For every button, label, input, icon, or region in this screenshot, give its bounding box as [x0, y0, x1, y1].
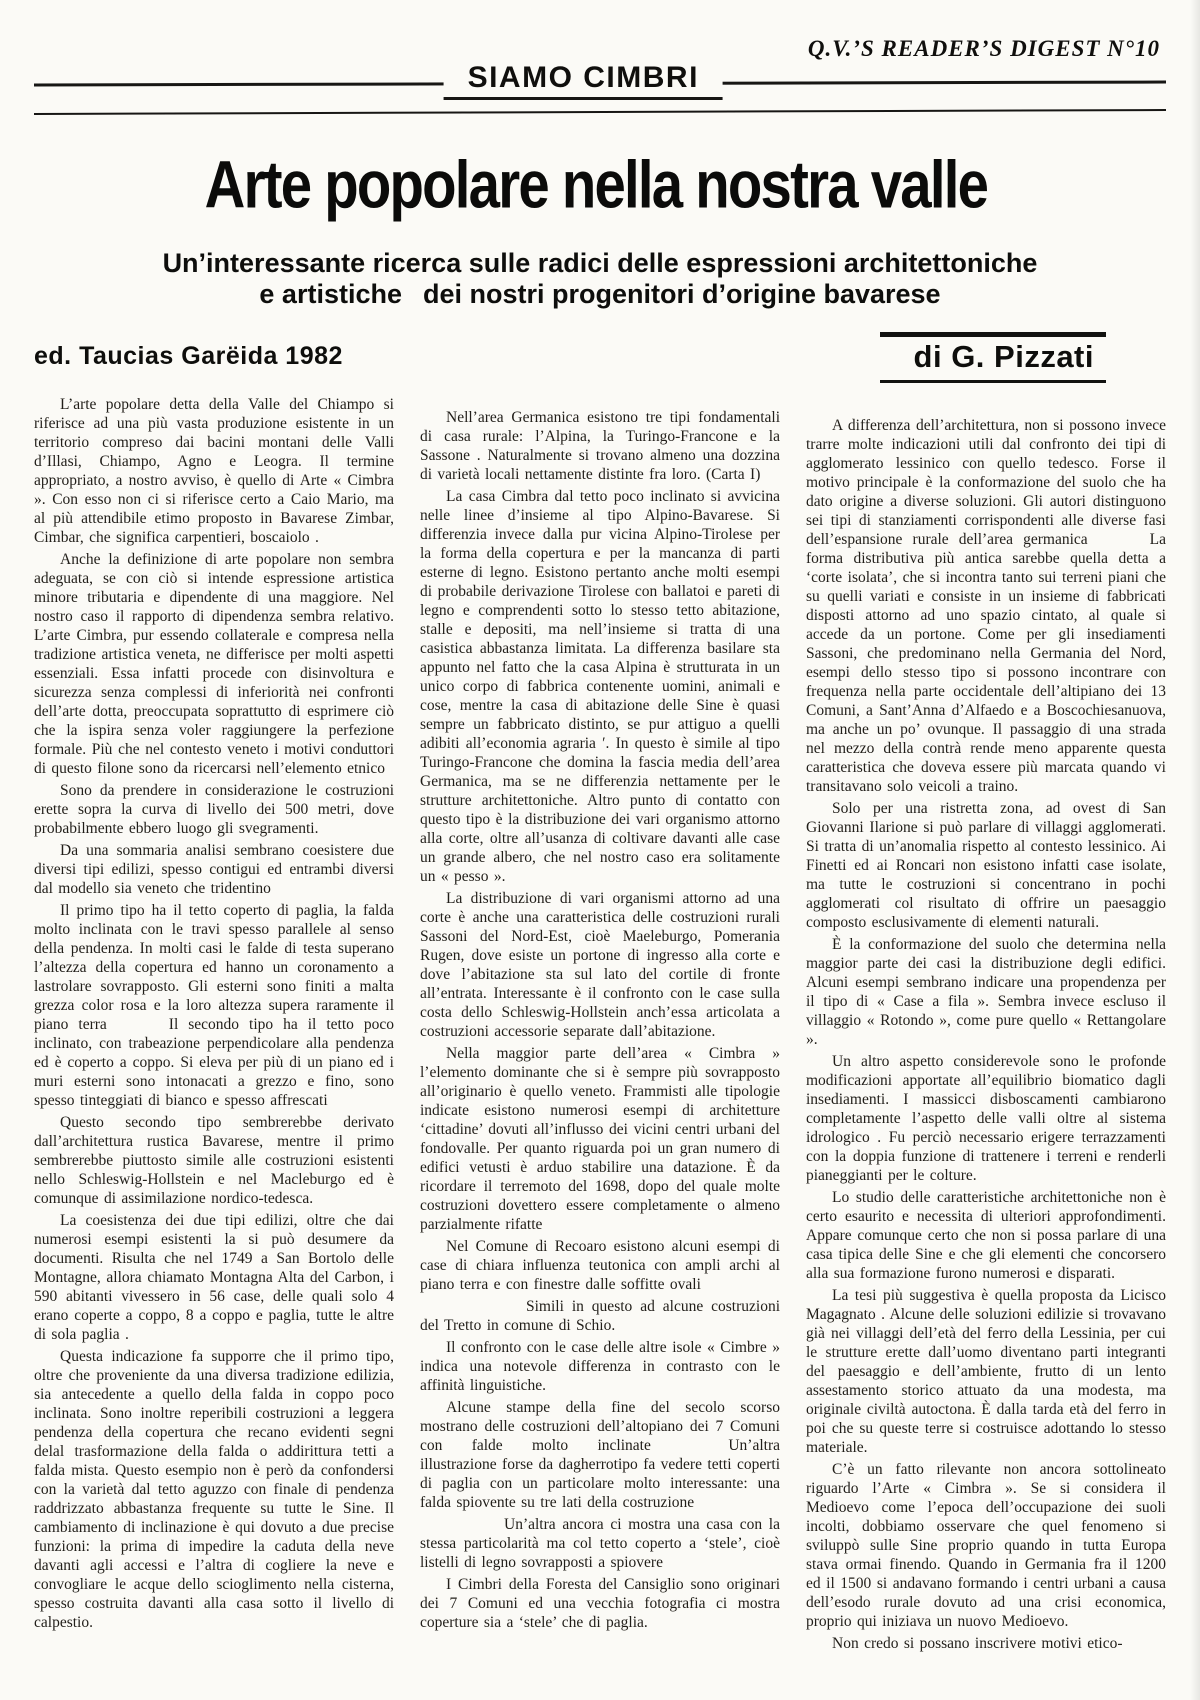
- paragraph: Simili in questo ad alcune costruzioni d…: [420, 1297, 780, 1335]
- section-band: SIAMO CIMBRI: [34, 70, 1166, 116]
- subheadline-line: e artistiche dei nostri progenitori d’or…: [34, 279, 1166, 310]
- paragraph: Nella maggior parte dell’area « Cimbra »…: [420, 1044, 780, 1234]
- paragraph: Alcune stampe della fine del secolo scor…: [420, 1398, 780, 1512]
- article-subheadline: Un’interessante ricerca sulle radici del…: [34, 248, 1166, 310]
- paragraph: Questa indicazione fa supporre che il pr…: [34, 1347, 394, 1632]
- paragraph: La casa Cimbra dal tetto poco inclinato …: [420, 487, 780, 886]
- paragraph: Nel Comune di Recoaro esistono alcuni es…: [420, 1237, 780, 1294]
- paragraph: La distribuzione di vari organismi attor…: [420, 889, 780, 1041]
- rule-line: [34, 109, 1166, 115]
- article-column-1: L’arte popolare detta della Valle del Ch…: [34, 395, 394, 1656]
- paragraph: L’arte popolare detta della Valle del Ch…: [34, 395, 394, 547]
- paragraph: Lo studio delle caratteristiche architet…: [806, 1188, 1166, 1283]
- paragraph: Il primo tipo ha il tetto coperto di pag…: [34, 901, 394, 1110]
- newspaper-page: Q.V.’S READER’S DIGEST N°10 SIAMO CIMBRI…: [0, 0, 1200, 1700]
- article-headline: Arte popolare nella nostra valle: [98, 146, 1094, 223]
- paragraph: I Cimbri della Foresta del Cansiglio son…: [420, 1575, 780, 1632]
- section-banner: SIAMO CIMBRI: [444, 61, 723, 100]
- edition-credit: ed. Taucias Garëida 1982: [34, 342, 343, 371]
- paragraph: Un altro aspetto considerevole sono le p…: [806, 1052, 1166, 1185]
- paragraph: Solo per una ristretta zona, ad ovest di…: [806, 799, 1166, 932]
- subheadline-line: Un’interessante ricerca sulle radici del…: [34, 248, 1166, 279]
- paragraph: A differenza dell’architettura, non si p…: [806, 416, 1166, 796]
- paragraph: La coesistenza dei due tipi edilizi, olt…: [34, 1211, 394, 1344]
- article-column-3: A differenza dell’architettura, non si p…: [806, 395, 1166, 1656]
- paragraph: È la conformazione del suolo che determi…: [806, 935, 1166, 1049]
- paragraph: Nell’area Germanica esistono tre tipi fo…: [420, 408, 780, 484]
- article-column-2: Nell’area Germanica esistono tre tipi fo…: [420, 395, 780, 1656]
- masthead: Q.V.’S READER’S DIGEST N°10: [808, 36, 1160, 61]
- paragraph: Sono da prendere in considerazione le co…: [34, 781, 394, 838]
- paragraph: Da una sommaria analisi sembrano coesist…: [34, 841, 394, 898]
- meta-row: ed. Taucias Garëida 1982 di G. Pizzati: [34, 332, 1166, 383]
- author-byline: di G. Pizzati: [880, 332, 1106, 383]
- paragraph: Non credo si possano inscrivere motivi e…: [806, 1634, 1166, 1653]
- paragraph: Il confronto con le case delle altre iso…: [420, 1338, 780, 1395]
- paragraph: La tesi più suggestiva è quella proposta…: [806, 1286, 1166, 1457]
- paragraph: Questo secondo tipo sembrerebbe derivato…: [34, 1113, 394, 1208]
- paragraph: C’è un fatto rilevante non ancora sottol…: [806, 1460, 1166, 1631]
- article-body: L’arte popolare detta della Valle del Ch…: [34, 395, 1166, 1656]
- paragraph: Un’altra ancora ci mostra una casa con l…: [420, 1515, 780, 1572]
- paragraph: Anche la definizione di arte popolare no…: [34, 550, 394, 778]
